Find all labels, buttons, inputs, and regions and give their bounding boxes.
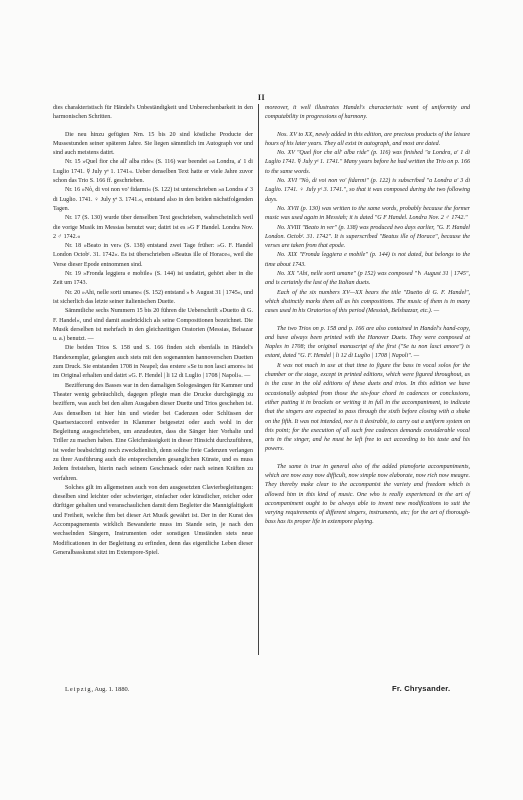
paragraph: Solches gilt im allgemeinen auch von den… — [53, 484, 253, 558]
german-column: dies charakteristisch für Händel's Unbes… — [53, 104, 253, 558]
paragraph: Nr. 18 »Beato in ver« (S. 138) entstand … — [53, 242, 253, 270]
paragraph: No. XIX "Fronda leggiera e mobile" (p. 1… — [265, 251, 470, 270]
paragraph: Nr. 17 (S. 130) wurde über denselben Tex… — [53, 214, 253, 242]
paragraph: No. XVI "Nò, di voi non vo' fidarmi" (p.… — [265, 177, 470, 205]
paragraph: No. XVII (p. 130) was written to the sam… — [265, 205, 470, 224]
paragraph: No. XV "Quel fior che all' alba ride" (p… — [265, 149, 470, 177]
signature: Fr. Chrysander. — [392, 684, 450, 693]
paragraph: The same is true in general also of the … — [265, 463, 470, 528]
paragraph: Nos. XV to XX, newly added in this editi… — [265, 131, 470, 150]
paragraph: Bezifferung des Basses war in den damali… — [53, 382, 253, 484]
page-number: II — [0, 93, 523, 102]
paragraph: Die beiden Trios S. 158 und S. 166 finde… — [53, 344, 253, 381]
paragraph: Nr. 15 »Quel fior che all' alba ride« (S… — [53, 158, 253, 186]
paragraph: The two Trios on p. 158 and p. 166 are a… — [265, 325, 470, 362]
place-city: Leipzig — [65, 686, 92, 693]
place-date-text: , Aug. 1. 1880. — [92, 686, 130, 693]
paragraph: Nr. 20 »Ahi, nelle sorti umane« (S. 152)… — [53, 289, 253, 308]
paragraph: Nr. 19 »Fronda leggiera e mobile« (S. 14… — [53, 270, 253, 289]
paragraph: Nr. 16 »Nò, di voi non vo' fidarmi« (S. … — [53, 186, 253, 214]
paragraph: It was not much in use at that time to f… — [265, 362, 470, 455]
paragraph: Sämmtliche sechs Nummern 15 bis 20 führe… — [53, 307, 253, 344]
english-column: moreover, it well illustrates Handel's c… — [265, 104, 470, 528]
column-rule — [258, 104, 259, 655]
paragraph: Each of the six numbers XV—XX bears the … — [265, 289, 470, 317]
paragraph: No. XX "Ahi, nelle sorti umane" (p 152) … — [265, 270, 470, 289]
paragraph: Die neu hinzu gefügten Nrn. 15 bis 20 si… — [53, 131, 253, 159]
paragraph: No. XVIII "Beato in ver" (p. 138) was pr… — [265, 224, 470, 252]
place-date: Leipzig, Aug. 1. 1880. — [65, 686, 129, 693]
paragraph: moreover, it well illustrates Handel's c… — [265, 104, 470, 123]
paragraph: dies charakteristisch für Händel's Unbes… — [53, 104, 253, 123]
